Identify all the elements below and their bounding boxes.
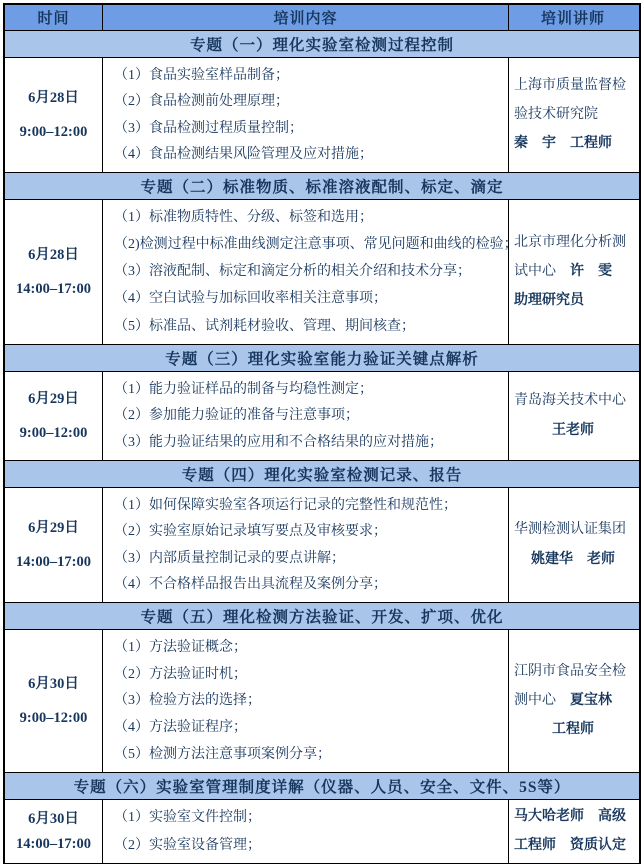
content-item: （1）标准物质特性、分级、标签和选用；	[114, 210, 505, 225]
time-cell: 6月29日14:00–17:00	[5, 488, 103, 602]
time-cell: 6月30日14:00–17:00	[5, 800, 103, 863]
content-item: （1）实验室文件控制；	[114, 810, 505, 825]
schedule-row: 6月29日9:00–12:00（1）能力验证样品的制备与均稳性测定；（2）参加能…	[5, 372, 639, 461]
date-text: 6月28日	[28, 248, 79, 263]
lecturer-line: 工程师 资质认定	[514, 838, 626, 854]
lecturer-org: 上海市质量监督检	[514, 78, 626, 93]
schedule-row: 6月28日9:00–12:00（1）食品实验室样品制备；（2）食品检测前处理原理…	[5, 58, 639, 173]
lecturer-org: 试中心	[514, 264, 556, 279]
column-header-lecturer: 培训讲师	[509, 5, 637, 30]
lecturer-line: 试中心 许 雯	[514, 264, 612, 280]
lecturer-line: 北京市理化分析测	[514, 235, 626, 251]
lecturer-org: 北京市理化分析测	[514, 235, 626, 250]
column-header-time: 时间	[5, 5, 103, 30]
content-cell: （1）实验室文件控制；（2）实验室设备管理；	[103, 800, 509, 863]
section-title: 专题（三）理化实验室能力验证关键点解析	[165, 347, 479, 369]
table-body: 专题（一）理化实验室检测过程控制6月28日9:00–12:00（1）食品实验室样…	[5, 31, 639, 864]
lecturer-cell: 马大哈老师 高级工程师 资质认定	[509, 800, 637, 863]
section-title-row: 专题（三）理化实验室能力验证关键点解析	[5, 345, 639, 372]
content-item: （5）检测方法注意事项案例分享；	[114, 747, 505, 762]
lecturer-line: 马大哈老师 高级	[514, 809, 626, 825]
content-item: （1）能力验证样品的制备与均稳性测定；	[114, 382, 505, 397]
lecturer-cell: 北京市理化分析测试中心 许 雯助理研究员	[509, 200, 637, 344]
lecturer-cell: 江阴市食品安全检测中心 夏宝林工程师	[509, 630, 637, 772]
lecturer-line: 江阴市食品安全检	[514, 664, 626, 680]
content-item: （1）方法验证概念；	[114, 640, 505, 655]
content-item: （2）实验室原始记录填写要点及审核要求；	[114, 524, 505, 539]
content-item: （2)检测过程中标准曲线测定注意事项、常见问题和曲线的检验；	[114, 237, 505, 252]
lecturer-org: 青岛海关技术中心	[514, 393, 626, 408]
lecturer-name: 姚建华 老师	[531, 552, 615, 567]
content-cell: （1）食品实验室样品制备；（2）食品检测前处理原理；（3）食品检测过程质量控制；…	[103, 58, 509, 172]
lecturer-org: 江阴市食品安全检	[514, 664, 626, 679]
content-item: （3）食品检测过程质量控制；	[114, 121, 505, 136]
lecturer-line: 秦 宇 工程师	[514, 136, 612, 152]
content-item: （2）参加能力验证的准备与注意事项；	[114, 408, 505, 423]
content-item: （4）食品检测结果风险管理及应对措施；	[114, 147, 505, 162]
lecturer-name: 助理研究员	[514, 293, 584, 308]
time-cell: 6月30日9:00–12:00	[5, 630, 103, 772]
lecturer-line: 王老师	[552, 423, 594, 439]
content-item: （2）食品检测前处理原理；	[114, 94, 505, 109]
content-item: （2）实验室设备管理；	[114, 838, 505, 853]
section-title: 专题（二）标准物质、标准溶液配制、标定、滴定	[140, 175, 503, 197]
schedule-row: 6月30日9:00–12:00（1）方法验证概念；（2）方法验证时机；（3）检验…	[5, 630, 639, 773]
lecturer-cell: 华测检测认证集团姚建华 老师	[509, 488, 637, 602]
section-title: 专题（四）理化实验室检测记录、报告	[182, 463, 463, 485]
lecturer-name: 秦 宇 工程师	[514, 136, 612, 151]
time-text: 14:00–17:00	[16, 555, 91, 570]
content-item: （4）不合格样品报告出具流程及案例分享；	[114, 577, 505, 592]
section-title: 专题（六）实验室管理制度详解（仪器、人员、安全、文件、5S等）	[74, 775, 571, 797]
date-text: 6月29日	[28, 521, 79, 536]
time-cell: 6月28日14:00–17:00	[5, 200, 103, 344]
lecturer-name: 许 雯	[556, 264, 612, 279]
content-item: （2）方法验证时机；	[114, 667, 505, 682]
content-item: （3）溶液配制、标定和滴定分析的相关介绍和技术分享；	[114, 264, 505, 279]
content-item: （3）能力验证结果的应用和不合格结果的应对措施；	[114, 435, 505, 450]
section-title: 专题（五）理化检测方法验证、开发、扩项、优化	[140, 605, 503, 627]
date-text: 6月30日	[28, 677, 79, 692]
lecturer-line: 青岛海关技术中心	[514, 393, 626, 409]
date-text: 6月28日	[28, 91, 79, 106]
lecturer-name: 王老师	[552, 423, 594, 438]
section-title-row: 专题（六）实验室管理制度详解（仪器、人员、安全、文件、5S等）	[5, 773, 639, 800]
lecturer-name: 工程师	[552, 722, 594, 737]
schedule-row: 6月29日14:00–17:00（1）如何保障实验室各项运行记录的完整性和规范性…	[5, 488, 639, 603]
section-title-row: 专题（二）标准物质、标准溶液配制、标定、滴定	[5, 173, 639, 200]
time-text: 9:00–12:00	[20, 426, 88, 441]
section-title-row: 专题（一）理化实验室检测过程控制	[5, 31, 639, 58]
lecturer-line: 测中心 夏宝林	[514, 693, 612, 709]
lecturer-org: 华测检测认证集团	[514, 522, 626, 537]
lecturer-line: 助理研究员	[514, 293, 584, 309]
lecturer-org: 测中心	[514, 693, 556, 708]
lecturer-line: 验技术研究院	[514, 107, 598, 123]
content-cell: （1）能力验证样品的制备与均稳性测定；（2）参加能力验证的准备与注意事项；（3）…	[103, 372, 509, 460]
content-item: （4）方法验证程序；	[114, 720, 505, 735]
section-title: 专题（一）理化实验室检测过程控制	[190, 33, 454, 55]
content-item: （1）如何保障实验室各项运行记录的完整性和规范性；	[114, 498, 505, 513]
content-cell: （1）如何保障实验室各项运行记录的完整性和规范性；（2）实验室原始记录填写要点及…	[103, 488, 509, 602]
time-text: 9:00–12:00	[20, 125, 88, 140]
content-item: （5）标准品、试剂耗材验收、管理、期间核查；	[114, 319, 505, 334]
content-item: （4）空白试验与加标回收率相关注意事项；	[114, 291, 505, 306]
training-schedule-table: 时间 培训内容 培训讲师 专题（一）理化实验室检测过程控制6月28日9:00–1…	[3, 3, 641, 864]
section-title-row: 专题（四）理化实验室检测记录、报告	[5, 461, 639, 488]
time-text: 14:00–17:00	[16, 837, 91, 852]
lecturer-cell: 上海市质量监督检验技术研究院秦 宇 工程师	[509, 58, 637, 172]
column-header-content: 培训内容	[103, 5, 509, 30]
content-item: （1）食品实验室样品制备；	[114, 68, 505, 83]
lecturer-name: 工程师 资质认定	[514, 838, 626, 853]
date-text: 6月30日	[28, 812, 79, 827]
time-text: 9:00–12:00	[20, 711, 88, 726]
content-item: （3）检验方法的选择；	[114, 693, 505, 708]
lecturer-line: 姚建华 老师	[531, 552, 615, 568]
schedule-row: 6月30日14:00–17:00（1）实验室文件控制；（2）实验室设备管理；马大…	[5, 800, 639, 864]
section-title-row: 专题（五）理化检测方法验证、开发、扩项、优化	[5, 603, 639, 630]
content-cell: （1）方法验证概念；（2）方法验证时机；（3）检验方法的选择；（4）方法验证程序…	[103, 630, 509, 772]
time-cell: 6月28日9:00–12:00	[5, 58, 103, 172]
lecturer-line: 华测检测认证集团	[514, 522, 626, 538]
date-text: 6月29日	[28, 392, 79, 407]
lecturer-name: 夏宝林	[556, 693, 612, 708]
time-text: 14:00–17:00	[16, 282, 91, 297]
table-header-row: 时间 培训内容 培训讲师	[5, 5, 639, 31]
time-cell: 6月29日9:00–12:00	[5, 372, 103, 460]
content-cell: （1）标准物质特性、分级、标签和选用；（2)检测过程中标准曲线测定注意事项、常见…	[103, 200, 509, 344]
lecturer-cell: 青岛海关技术中心王老师	[509, 372, 637, 460]
lecturer-line: 上海市质量监督检	[514, 78, 626, 94]
schedule-row: 6月28日14:00–17:00（1）标准物质特性、分级、标签和选用；（2)检测…	[5, 200, 639, 345]
lecturer-name: 马大哈老师 高级	[514, 809, 626, 824]
lecturer-line: 工程师	[552, 722, 594, 738]
lecturer-org: 验技术研究院	[514, 107, 598, 122]
content-item: （3）内部质量控制记录的要点讲解；	[114, 551, 505, 566]
